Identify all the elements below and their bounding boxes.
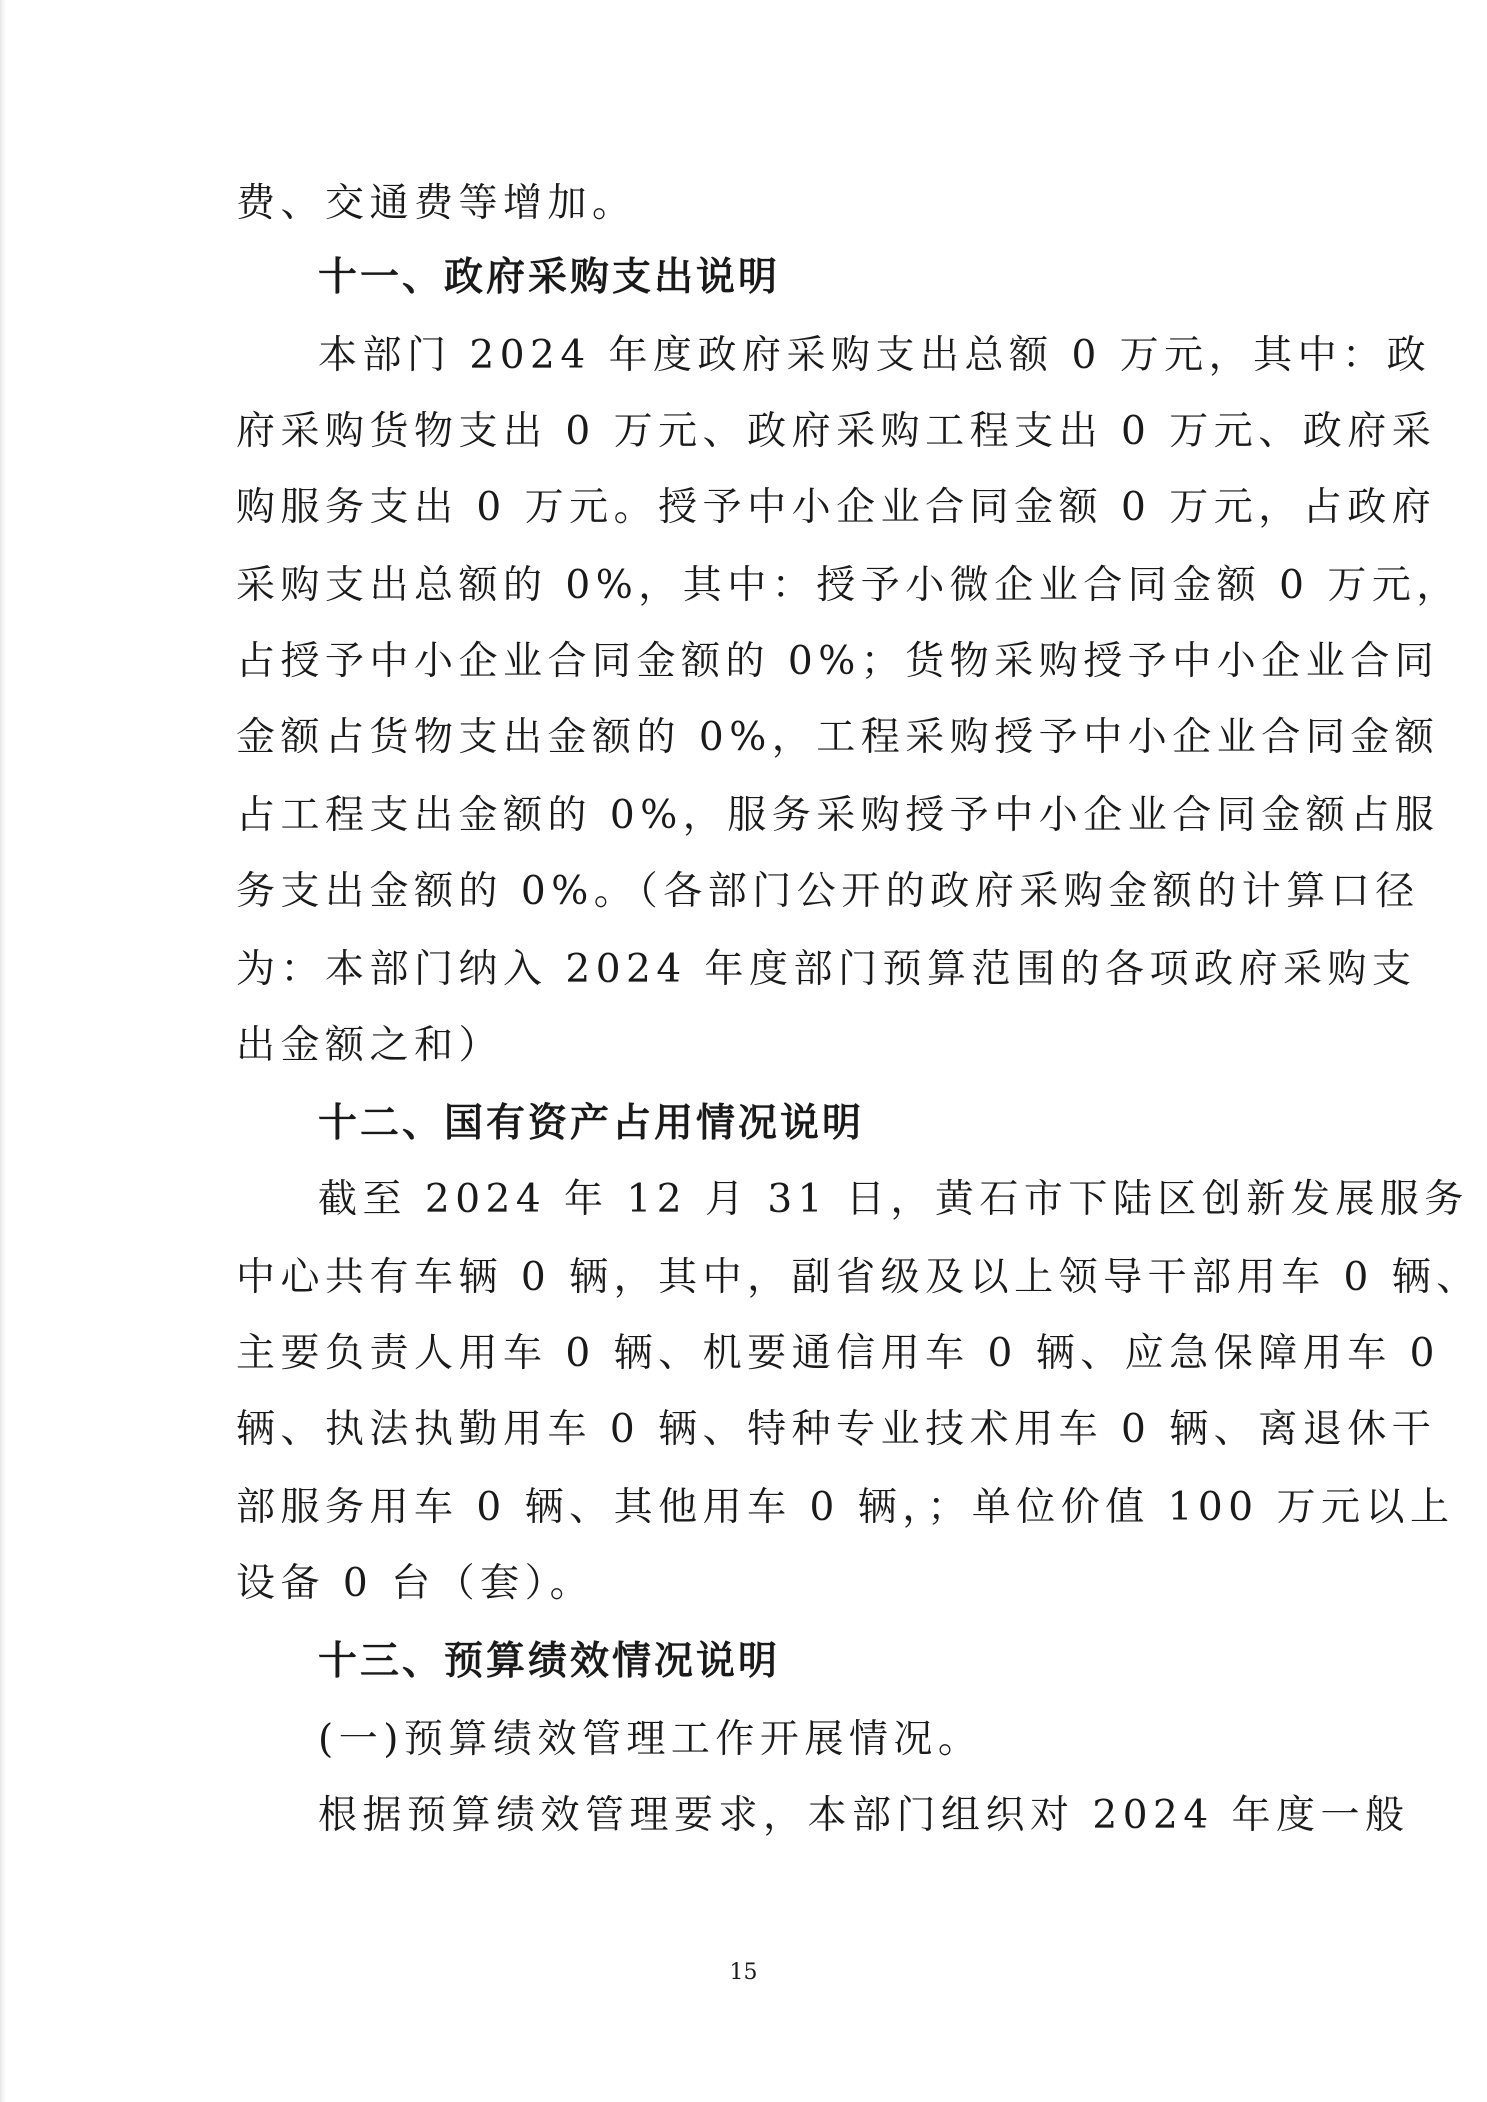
paragraph-line: 根据预算绩效管理要求，本部门组织对 2024 年度一般: [318, 1792, 1410, 1840]
paragraph-line: 辆、执法执勤用车 0 辆、特种专业技术用车 0 辆、离退休干: [236, 1406, 1436, 1454]
paragraph-line: 金额占货物支出金额的 0%，工程采购授予中小企业合同金额: [236, 714, 1439, 762]
subsection-heading: (一)预算绩效管理工作开展情况。: [318, 1716, 982, 1764]
paragraph-line: 购服务支出 0 万元。授予中小企业合同金额 0 万元，占政府: [236, 484, 1436, 532]
paragraph-line: 部服务用车 0 辆、其他用车 0 辆，；单位价值 100 万元以上: [236, 1484, 1454, 1532]
paragraph-line: 主要负责人用车 0 辆、机要通信用车 0 辆、应急保障用车 0: [236, 1330, 1440, 1378]
paragraph-line: 设备 0 台（套）。: [236, 1560, 594, 1608]
section-heading-12: 十二、国有资产占用情况说明: [318, 1100, 864, 1148]
paragraph-line: 出金额之和）: [236, 1022, 503, 1070]
paragraph-line: 占授予中小企业合同金额的 0%；货物采购授予中小企业合同: [236, 638, 1439, 686]
paragraph-line: 府采购货物支出 0 万元、政府采购工程支出 0 万元、政府采: [236, 408, 1436, 456]
paragraph-line: 采购支出总额的 0%，其中：授予小微企业合同金额 0 万元，: [236, 562, 1461, 610]
paragraph-line: 占工程支出金额的 0%，服务采购授予中小企业合同金额占服: [236, 792, 1439, 840]
page-number: 15: [0, 1960, 1487, 1985]
document-page: 费、交通费等增加。 十一、政府采购支出说明 本部门 2024 年度政府采购支出总…: [0, 0, 1487, 2102]
paragraph-line: 本部门 2024 年度政府采购支出总额 0 万元，其中：政: [318, 332, 1431, 380]
section-heading-11: 十一、政府采购支出说明: [318, 254, 780, 302]
paragraph-line: 费、交通费等增加。: [236, 180, 637, 228]
paragraph-line: 为：本部门纳入 2024 年度部门预算范围的各项政府采购支: [236, 946, 1417, 994]
paragraph-line: 截至 2024 年 12 月 31 日，黄石市下陆区创新发展服务: [318, 1176, 1469, 1224]
paragraph-line: 务支出金额的 0%。（各部门公开的政府采购金额的计算口径: [236, 868, 1420, 916]
scan-edge: [0, 0, 6, 2102]
paragraph-line: 中心共有车辆 0 辆，其中，副省级及以上领导干部用车 0 辆、: [236, 1254, 1481, 1302]
section-heading-13: 十三、预算绩效情况说明: [318, 1638, 780, 1686]
